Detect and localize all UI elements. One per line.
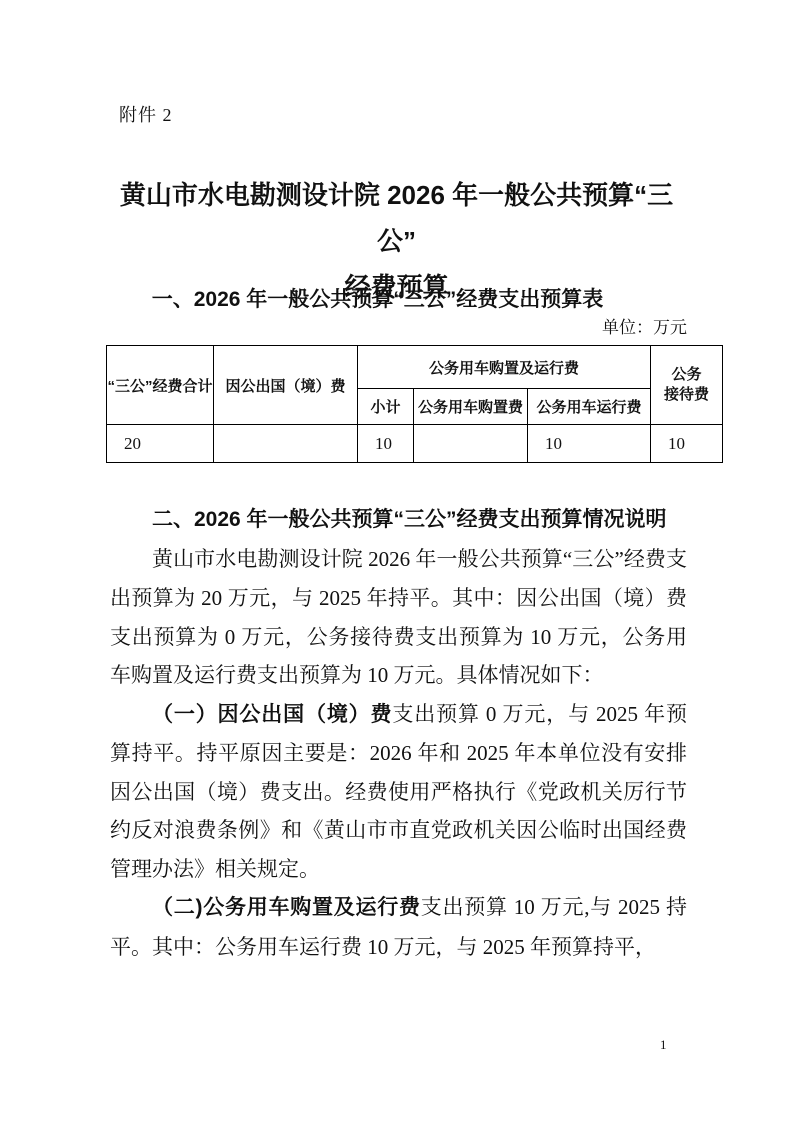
- document-title-line1: 黄山市水电勘测设计院 2026 年一般公共预算“三公”: [108, 172, 685, 264]
- paragraph-overview: 黄山市水电勘测设计院 2026 年一般公共预算“三公”经费支出预算为 20 万元…: [110, 540, 687, 695]
- header-total: “三公”经费合计: [107, 346, 214, 425]
- cell-operation: 10: [528, 425, 651, 463]
- header-subtotal: 小计: [358, 389, 414, 425]
- document-page: 附件 2 黄山市水电勘测设计院 2026 年一般公共预算“三公” 经费预算 一、…: [0, 0, 793, 1122]
- cell-abroad: [214, 425, 358, 463]
- cell-total: 20: [107, 425, 214, 463]
- header-reception-line1: 公务: [651, 365, 722, 385]
- section2-heading: 二、2026 年一般公共预算“三公”经费支出预算情况说明: [110, 501, 687, 540]
- cell-subtotal: 10: [358, 425, 414, 463]
- header-reception: 公务 接待费: [651, 346, 723, 425]
- header-reception-line2: 接待费: [651, 385, 722, 405]
- header-purchase: 公务用车购置费: [414, 389, 528, 425]
- section1-heading: 一、2026 年一般公共预算“三公”经费支出预算表: [110, 284, 685, 316]
- paragraph-abroad: （一）因公出国（境）费支出预算 0 万元，与 2025 年预算持平。持平原因主要…: [110, 695, 687, 889]
- paragraph-overview-text: 黄山市水电勘测设计院 2026 年一般公共预算“三公”经费支出预算为 20 万元…: [110, 547, 687, 688]
- unit-label: 单位：万元: [106, 317, 687, 339]
- paragraph-abroad-text: 支出预算 0 万元，与 2025 年预算持平。持平原因主要是：2026 年和 2…: [110, 702, 687, 881]
- page-number: 1: [660, 1037, 667, 1053]
- paragraph-vehicle: （二)公务用车购置及运行费支出预算 10 万元,与 2025 持平。其中：公务用…: [110, 888, 687, 966]
- body-text: 二、2026 年一般公共预算“三公”经费支出预算情况说明 黄山市水电勘测设计院 …: [110, 501, 687, 966]
- cell-purchase: [414, 425, 528, 463]
- attachment-label: 附件 2: [119, 101, 173, 127]
- paragraph-abroad-lead: （一）因公出国（境）费: [152, 703, 392, 726]
- table-data-row: 20 10 10 10: [107, 425, 723, 463]
- table-header-row-1: “三公”经费合计 因公出国（境）费 公务用车购置及运行费 公务 接待费: [107, 346, 723, 389]
- paragraph-vehicle-lead: （二)公务用车购置及运行费: [152, 896, 421, 919]
- header-abroad: 因公出国（境）费: [214, 346, 358, 425]
- budget-table: “三公”经费合计 因公出国（境）费 公务用车购置及运行费 公务 接待费 小计 公…: [106, 345, 723, 463]
- cell-reception: 10: [651, 425, 723, 463]
- header-operation: 公务用车运行费: [528, 389, 651, 425]
- header-vehicle-group: 公务用车购置及运行费: [358, 346, 651, 389]
